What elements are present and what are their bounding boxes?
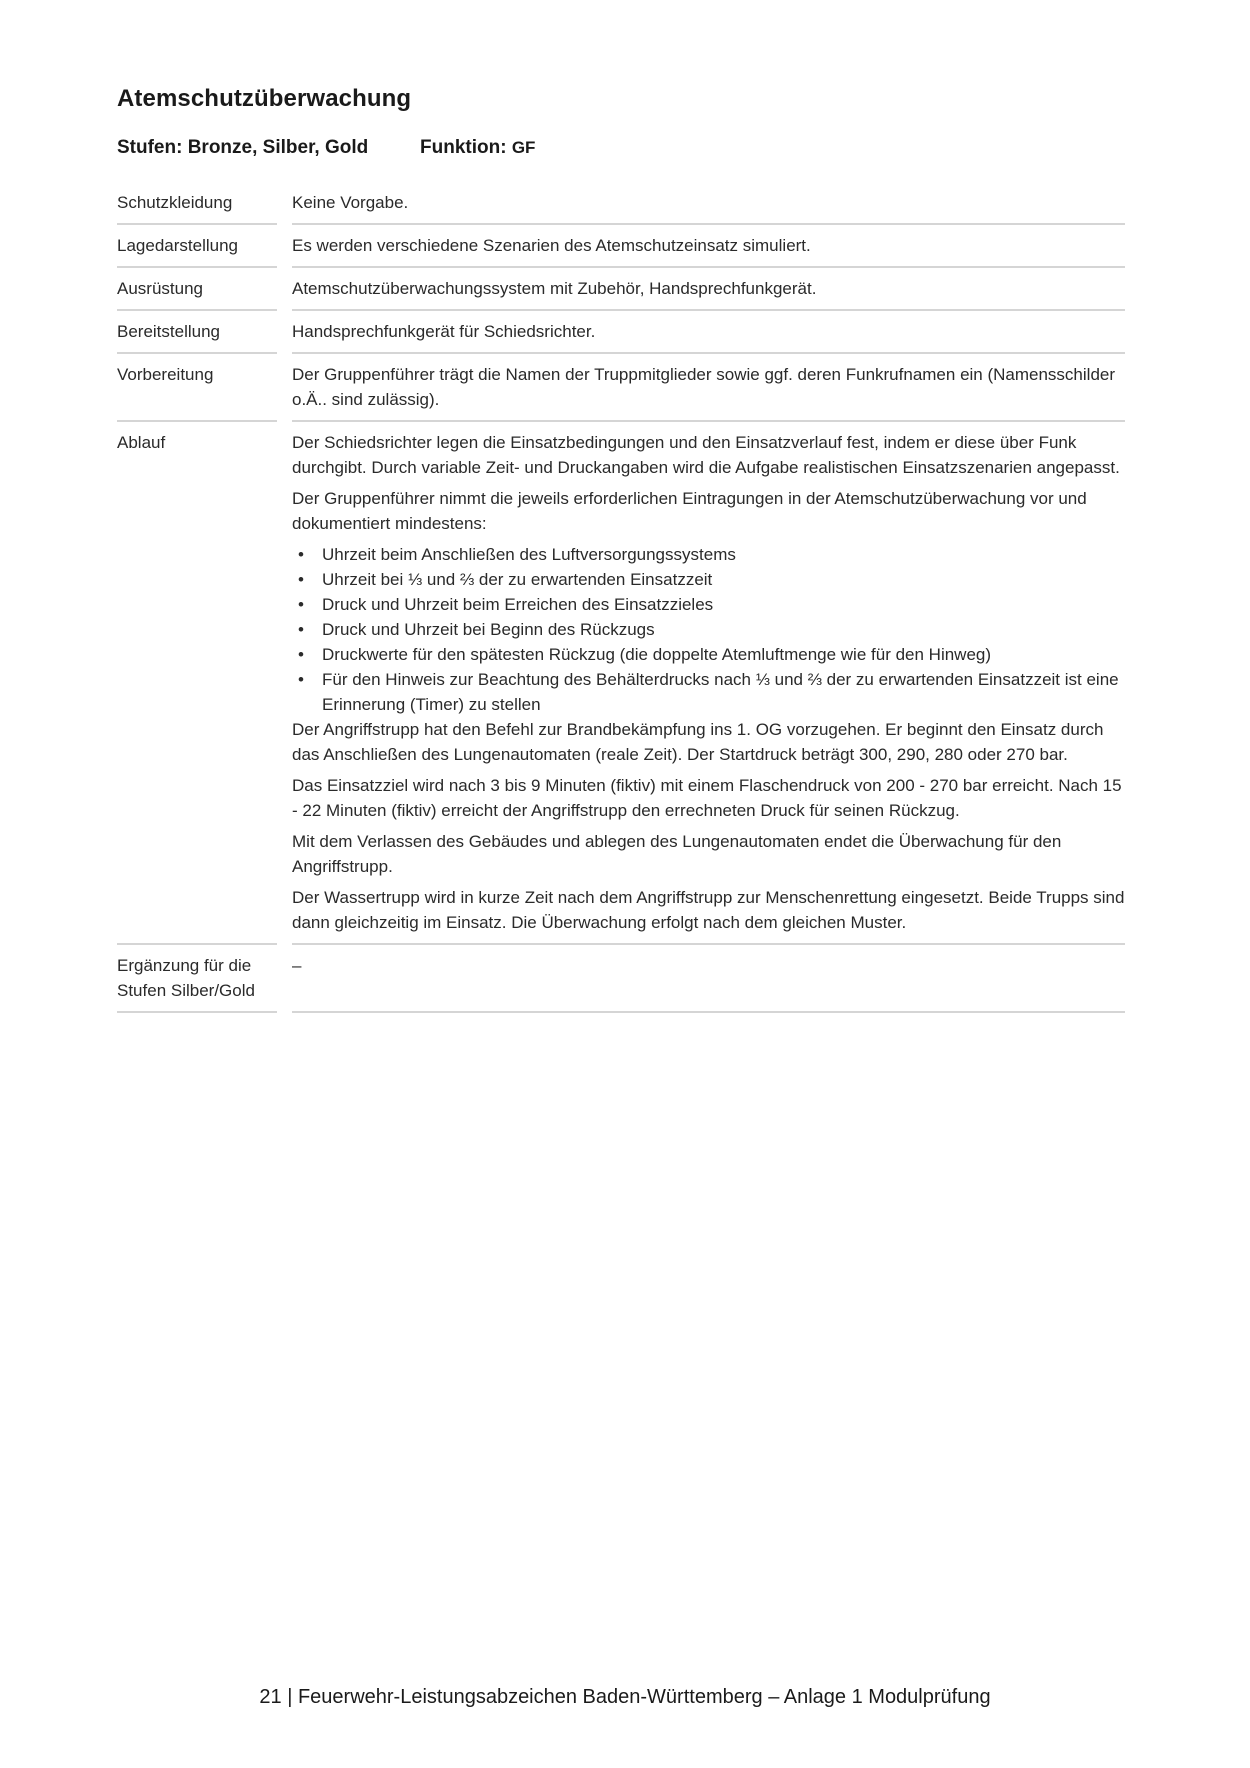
row-content: Es werden verschiedene Szenarien des Ate…: [292, 225, 1125, 268]
row-content: Der Schiedsrichter legen die Einsatzbedi…: [292, 422, 1125, 945]
list-item: Druck und Uhrzeit beim Erreichen des Ein…: [292, 592, 1125, 617]
funktion: Funktion: GF: [420, 134, 535, 162]
funktion-label: Funktion:: [420, 137, 512, 158]
list-item: Uhrzeit bei ⅓ und ⅔ der zu erwartenden E…: [292, 567, 1125, 592]
list-item: Uhrzeit beim Anschließen des Luftversorg…: [292, 542, 1125, 567]
row-label: Lagedarstellung: [117, 225, 277, 268]
paragraph: Atemschutzüberwachungssystem mit Zubehör…: [292, 276, 1125, 301]
table-row: Bereitstellung Handsprechfunkgerät für S…: [117, 311, 1125, 354]
paragraph: Der Angriffstrupp hat den Befehl zur Bra…: [292, 717, 1125, 767]
funktion-value: GF: [512, 138, 536, 157]
row-label: Ausrüstung: [117, 268, 277, 311]
list-item: Druck und Uhrzeit bei Beginn des Rückzug…: [292, 617, 1125, 642]
stufen-label: Stufen: Bronze, Silber, Gold: [117, 134, 420, 162]
paragraph: Mit dem Verlassen des Gebäudes und ableg…: [292, 829, 1125, 879]
list-item: Druckwerte für den spätesten Rückzug (di…: [292, 642, 1125, 667]
row-content: –: [292, 945, 1125, 1013]
row-content: Atemschutzüberwachungssystem mit Zubehör…: [292, 268, 1125, 311]
table-row: Ergänzung für die Stufen Silber/Gold –: [117, 945, 1125, 1013]
table-row: Lagedarstellung Es werden verschiedene S…: [117, 225, 1125, 268]
row-label: Bereitstellung: [117, 311, 277, 354]
paragraph: Handsprechfunkgerät für Schiedsrichter.: [292, 319, 1125, 344]
page-title: Atemschutzüberwachung: [117, 80, 1125, 118]
document-page: Atemschutzüberwachung Stufen: Bronze, Si…: [117, 80, 1125, 1013]
paragraph: Der Schiedsrichter legen die Einsatzbedi…: [292, 430, 1125, 480]
row-content: Keine Vorgabe.: [292, 182, 1125, 225]
row-content: Der Gruppenführer trägt die Namen der Tr…: [292, 354, 1125, 422]
row-label: Ablauf: [117, 422, 277, 945]
row-label: Schutzkleidung: [117, 182, 277, 225]
table-row: Vorbereitung Der Gruppenführer trägt die…: [117, 354, 1125, 422]
table-row: Schutzkleidung Keine Vorgabe.: [117, 182, 1125, 225]
paragraph: Das Einsatzziel wird nach 3 bis 9 Minute…: [292, 773, 1125, 823]
meta-line: Stufen: Bronze, Silber, Gold Funktion: G…: [117, 134, 1125, 162]
row-content: Handsprechfunkgerät für Schiedsrichter.: [292, 311, 1125, 354]
row-label: Vorbereitung: [117, 354, 277, 422]
list-item: Für den Hinweis zur Beachtung des Behält…: [292, 667, 1125, 717]
table-row: Ausrüstung Atemschutzüberwachungssystem …: [117, 268, 1125, 311]
paragraph: Der Gruppenführer nimmt die jeweils erfo…: [292, 486, 1125, 536]
paragraph: Keine Vorgabe.: [292, 190, 1125, 215]
paragraph: Es werden verschiedene Szenarien des Ate…: [292, 233, 1125, 258]
paragraph: Der Wassertrupp wird in kurze Zeit nach …: [292, 885, 1125, 935]
paragraph: Der Gruppenführer trägt die Namen der Tr…: [292, 362, 1125, 412]
row-label: Ergänzung für die Stufen Silber/Gold: [117, 945, 277, 1013]
paragraph: –: [292, 953, 1125, 978]
requirements-table: Schutzkleidung Keine Vorgabe. Lagedarste…: [117, 182, 1125, 1013]
bullet-list: Uhrzeit beim Anschließen des Luftversorg…: [292, 542, 1125, 717]
page-footer: 21 | Feuerwehr-Leistungsabzeichen Baden-…: [0, 1686, 1250, 1709]
table-row: Ablauf Der Schiedsrichter legen die Eins…: [117, 422, 1125, 945]
